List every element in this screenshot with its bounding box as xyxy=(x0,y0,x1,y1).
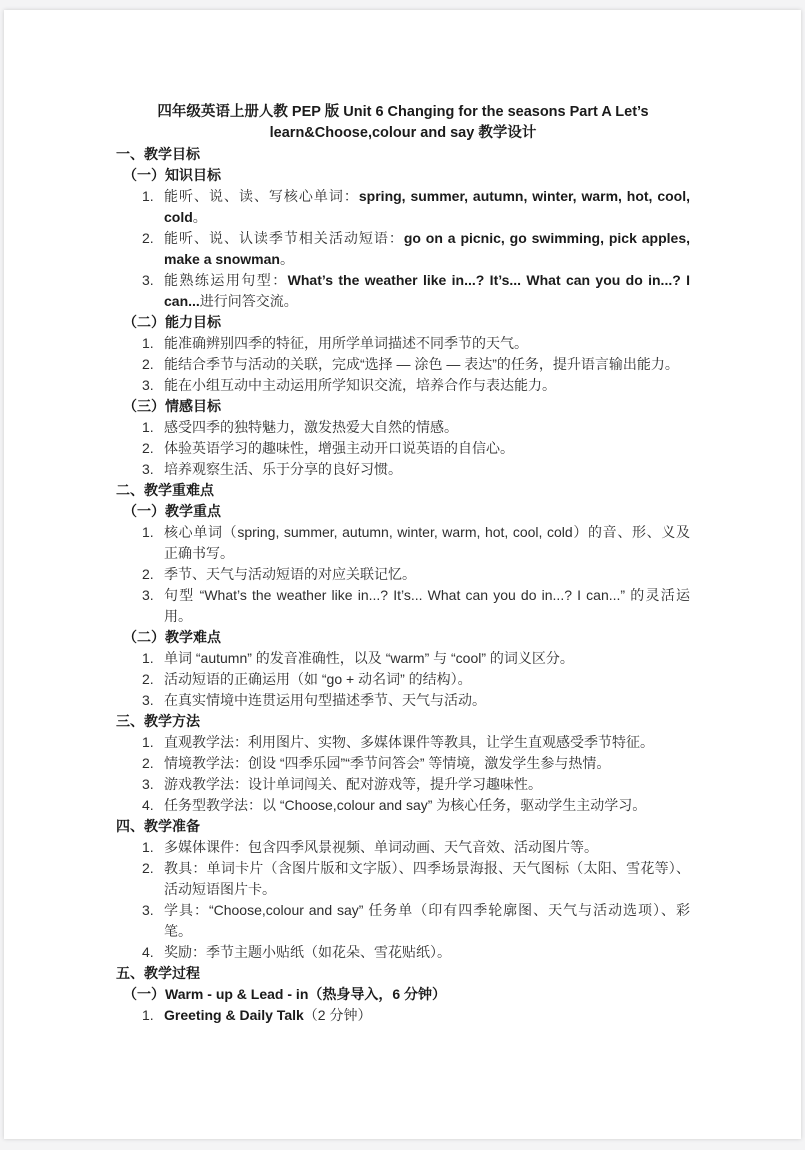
text-segment: 多媒体课件：包含四季风景视频、单词动画、天气音效、活动图片等。 xyxy=(164,839,598,855)
section-heading-objectives: 一、教学目标 xyxy=(116,144,690,165)
list-item: 2.能结合季节与活动的关联，完成“选择 — 涂色 — 表达”的任务，提升语言输出… xyxy=(116,354,690,375)
list-item: 3.在真实情境中连贯运用句型描述季节、天气与活动。 xyxy=(116,690,690,711)
doc-title-line-2: learn&Choose,colour and say 教学设计 xyxy=(116,123,690,144)
text-segment: 直观教学法：利用图片、实物、多媒体课件等教具，让学生直观感受季节特征。 xyxy=(164,734,654,750)
section-heading-preparation: 四、教学准备 xyxy=(116,816,690,837)
list-number: 3. xyxy=(142,585,154,606)
list-number: 1. xyxy=(142,522,154,543)
list-item: 1.核心单词（spring, summer, autumn, winter, w… xyxy=(116,522,690,564)
list-number: 2. xyxy=(142,858,154,879)
list-number: 3. xyxy=(142,900,154,921)
list-number: 4. xyxy=(142,942,154,963)
document-content: 四年级英语上册人教 PEP 版 Unit 6 Changing for the … xyxy=(116,102,690,1026)
list-number: 1. xyxy=(142,333,154,354)
list-item: 1.感受四季的独特魅力，激发热爱大自然的情感。 xyxy=(116,417,690,438)
list-number: 2. xyxy=(142,669,154,690)
list-item: 4.任务型教学法：以 “Choose,colour and say” 为核心任务… xyxy=(116,795,690,816)
list-item: 1.多媒体课件：包含四季风景视频、单词动画、天气音效、活动图片等。 xyxy=(116,837,690,858)
subsection-heading-emotion: （三）情感目标 xyxy=(116,396,690,417)
text-segment: 。 xyxy=(193,209,207,225)
section-heading-methods: 三、教学方法 xyxy=(116,711,690,732)
text-segment: 能准确辨别四季的特征，用所学单词描述不同季节的天气。 xyxy=(164,335,528,351)
list-item: 1.直观教学法：利用图片、实物、多媒体课件等教具，让学生直观感受季节特征。 xyxy=(116,732,690,753)
subsection-heading-focus: （一）教学重点 xyxy=(116,501,690,522)
text-segment: （2 分钟） xyxy=(304,1007,372,1023)
text-segment: 单词 “autumn” 的发音准确性，以及 “warm” 与 “cool” 的词… xyxy=(164,650,574,666)
subsection-heading-warmup: （一）Warm - up & Lead - in（热身导入，6 分钟） xyxy=(116,984,690,1005)
list-number: 1. xyxy=(142,732,154,753)
text-segment: 任务型教学法：以 “Choose,colour and say” 为核心任务，驱… xyxy=(164,797,646,813)
list-number: 2. xyxy=(142,564,154,585)
list-item: 2.能听、说、认读季节相关活动短语：go on a picnic, go swi… xyxy=(116,228,690,270)
subsection-heading-difficulty: （二）教学难点 xyxy=(116,627,690,648)
list-number: 1. xyxy=(142,648,154,669)
list-item: 2.体验英语学习的趣味性，增强主动开口说英语的自信心。 xyxy=(116,438,690,459)
section-heading-process: 五、教学过程 xyxy=(116,963,690,984)
list-number: 1. xyxy=(142,1005,154,1026)
text-segment: 奖励：季节主题小贴纸（如花朵、雪花贴纸）。 xyxy=(164,944,451,960)
list-item: 1.单词 “autumn” 的发音准确性，以及 “warm” 与 “cool” … xyxy=(116,648,690,669)
text-segment: 培养观察生活、乐于分享的良好习惯。 xyxy=(164,461,402,477)
list-number: 3. xyxy=(142,270,154,291)
text-segment: 能在小组互动中主动运用所学知识交流，培养合作与表达能力。 xyxy=(164,377,556,393)
list-number: 4. xyxy=(142,795,154,816)
list-item: 2.情境教学法：创设 “四季乐园”“季节问答会” 等情境，激发学生参与热情。 xyxy=(116,753,690,774)
list-item: 3.能熟练运用句型：What’s the weather like in...?… xyxy=(116,270,690,312)
doc-title-line-1: 四年级英语上册人教 PEP 版 Unit 6 Changing for the … xyxy=(116,102,690,123)
list-number: 1. xyxy=(142,417,154,438)
text-segment: 进行问答交流。 xyxy=(200,293,298,309)
document-page: 四年级英语上册人教 PEP 版 Unit 6 Changing for the … xyxy=(4,10,801,1139)
list-number: 3. xyxy=(142,375,154,396)
list-number: 1. xyxy=(142,837,154,858)
list-number: 1. xyxy=(142,186,154,207)
list-item: 2.活动短语的正确运用（如 “go + 动名词” 的结构）。 xyxy=(116,669,690,690)
text-segment: 能听、说、认读季节相关活动短语： xyxy=(164,230,404,246)
list-item: 3.游戏教学法：设计单词闯关、配对游戏等，提升学习趣味性。 xyxy=(116,774,690,795)
text-segment: 游戏教学法：设计单词闯关、配对游戏等，提升学习趣味性。 xyxy=(164,776,542,792)
text-segment: 能结合季节与活动的关联，完成“选择 — 涂色 — 表达”的任务，提升语言输出能力… xyxy=(164,356,679,372)
text-segment: 。 xyxy=(280,251,294,267)
text-segment: 能听、说、读、写核心单词： xyxy=(164,188,359,204)
list-item: 3.能在小组互动中主动运用所学知识交流，培养合作与表达能力。 xyxy=(116,375,690,396)
list-item: 1.能准确辨别四季的特征，用所学单词描述不同季节的天气。 xyxy=(116,333,690,354)
section-heading-key-points: 二、教学重难点 xyxy=(116,480,690,501)
text-segment: 情境教学法：创设 “四季乐园”“季节问答会” 等情境，激发学生参与热情。 xyxy=(164,755,610,771)
text-segment: 活动短语的正确运用（如 “go + 动名词” 的结构）。 xyxy=(164,671,472,687)
list-item: 2.教具：单词卡片（含图片版和文字版）、四季场景海报、天气图标（太阳、雪花等）、… xyxy=(116,858,690,900)
list-number: 3. xyxy=(142,459,154,480)
list-number: 2. xyxy=(142,438,154,459)
list-item: 2.季节、天气与活动短语的对应关联记忆。 xyxy=(116,564,690,585)
text-segment-bold: Greeting & Daily Talk xyxy=(164,1007,304,1023)
list-number: 2. xyxy=(142,354,154,375)
list-item: 3.学具：“Choose,colour and say” 任务单（印有四季轮廓图… xyxy=(116,900,690,942)
text-segment: 教具：单词卡片（含图片版和文字版）、四季场景海报、天气图标（太阳、雪花等）、活动… xyxy=(164,860,690,897)
list-item: 1.Greeting & Daily Talk（2 分钟） xyxy=(116,1005,690,1026)
subsection-heading-knowledge: （一）知识目标 xyxy=(116,165,690,186)
text-segment: 感受四季的独特魅力，激发热爱大自然的情感。 xyxy=(164,419,458,435)
list-number: 2. xyxy=(142,753,154,774)
list-number: 2. xyxy=(142,228,154,249)
list-item: 3.句型 “What’s the weather like in...? It’… xyxy=(116,585,690,627)
list-item: 1.能听、说、读、写核心单词：spring, summer, autumn, w… xyxy=(116,186,690,228)
text-segment: 体验英语学习的趣味性，增强主动开口说英语的自信心。 xyxy=(164,440,514,456)
text-segment: 句型 “What’s the weather like in...? It’s.… xyxy=(164,587,690,624)
list-item: 3.培养观察生活、乐于分享的良好习惯。 xyxy=(116,459,690,480)
text-segment: 核心单词（spring, summer, autumn, winter, war… xyxy=(164,524,690,561)
text-segment: 能熟练运用句型： xyxy=(164,272,288,288)
list-number: 3. xyxy=(142,690,154,711)
list-item: 4.奖励：季节主题小贴纸（如花朵、雪花贴纸）。 xyxy=(116,942,690,963)
text-segment: 季节、天气与活动短语的对应关联记忆。 xyxy=(164,566,416,582)
subsection-heading-ability: （二）能力目标 xyxy=(116,312,690,333)
text-segment: 在真实情境中连贯运用句型描述季节、天气与活动。 xyxy=(164,692,486,708)
list-number: 3. xyxy=(142,774,154,795)
text-segment: 学具：“Choose,colour and say” 任务单（印有四季轮廓图、天… xyxy=(164,902,690,939)
